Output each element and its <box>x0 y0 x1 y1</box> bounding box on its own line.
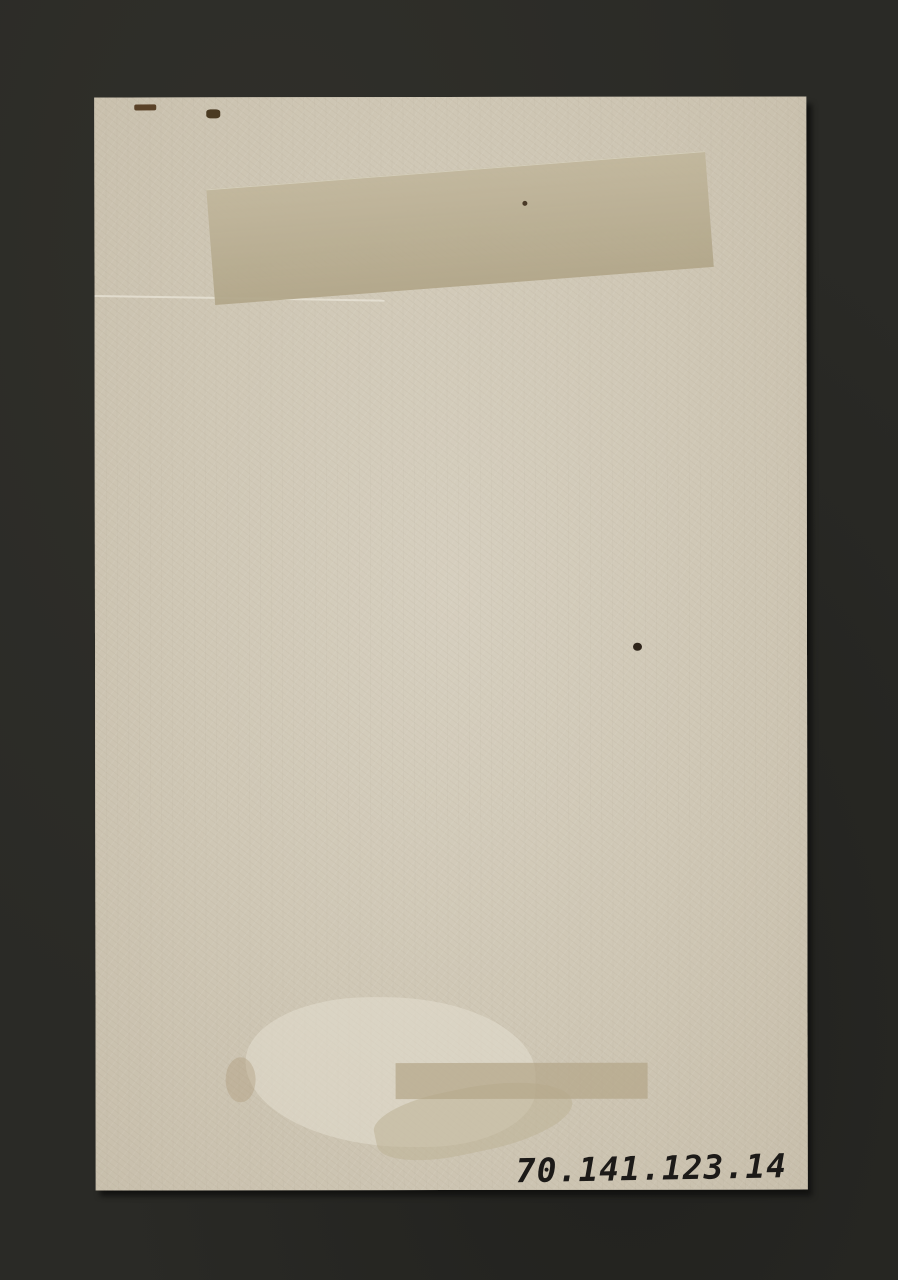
card-verso: 70.141.123.14 <box>94 97 808 1191</box>
paper-loss-spot <box>206 109 220 118</box>
bottom-tape-strip <box>396 1063 648 1099</box>
ink-spot <box>633 643 642 651</box>
photo-scene: 70.141.123.14 <box>0 0 898 1280</box>
accession-number: 70.141.123.14 <box>515 1146 787 1190</box>
paper-loss-spot <box>134 104 156 110</box>
ink-spot <box>522 201 527 206</box>
stain <box>226 1057 256 1102</box>
